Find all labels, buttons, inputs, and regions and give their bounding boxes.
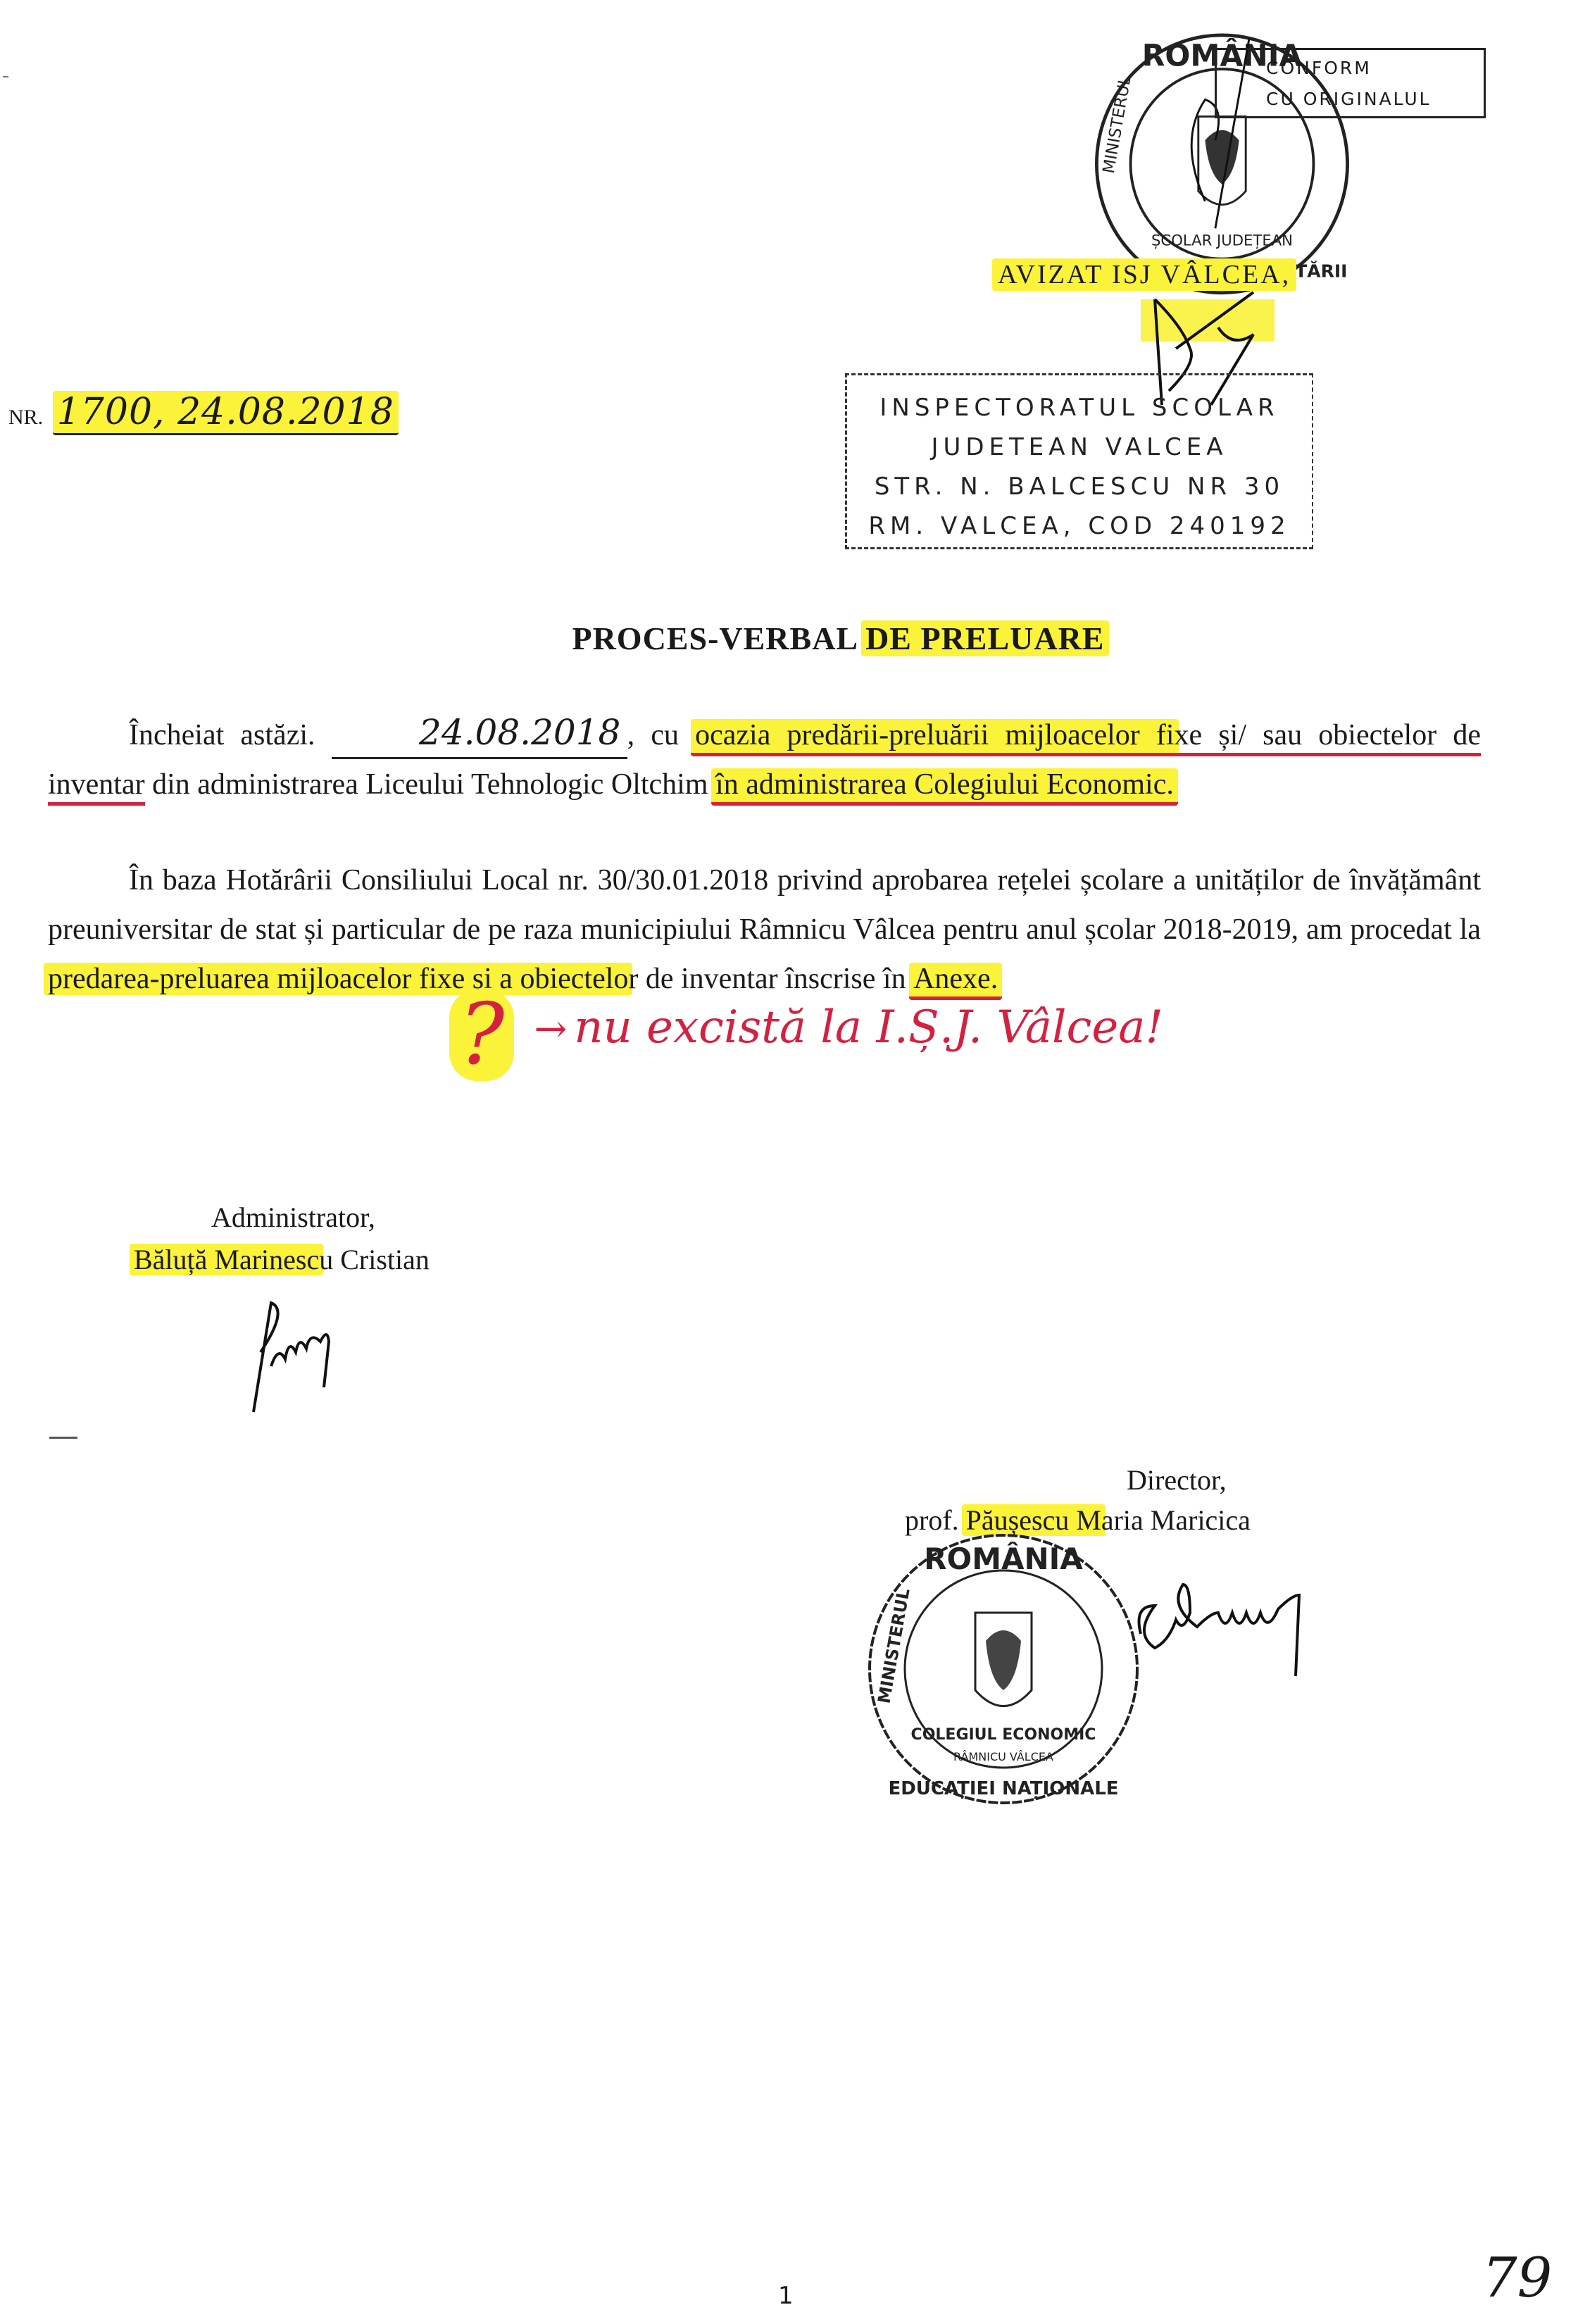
highlight-predarii-preluarii: ocazia predării-preluării mijloacelor fi xyxy=(691,719,1178,756)
arrow-right-icon: → xyxy=(534,1006,567,1052)
nr-label: NR. xyxy=(8,406,43,429)
highlight-colegiul-economic: în administrarea Colegiului Economic. xyxy=(711,768,1178,806)
colegiul-economic-seal: ROMÂNIA COLEGIUL ECONOMIC RÂMNICU VÂLCEA… xyxy=(863,1528,1144,1810)
svg-text:ȘCOLAR JUDEȚEAN: ȘCOLAR JUDEȚEAN xyxy=(1151,231,1293,249)
title-highlight: DE PRELUARE xyxy=(861,620,1108,656)
address-line: RM. VALCEA, COD 240192 xyxy=(847,506,1312,546)
svg-text:COLEGIUL ECONOMIC: COLEGIUL ECONOMIC xyxy=(911,1726,1096,1744)
svg-text:EDUCAȚIEI NAȚIONALE: EDUCAȚIEI NAȚIONALE xyxy=(888,1778,1118,1799)
director-role: Director, xyxy=(1127,1463,1227,1497)
administrator-name: Băluță Marinescu Cristian xyxy=(134,1243,430,1276)
director-signature xyxy=(1134,1570,1366,1683)
conform-line-1: CONFORM xyxy=(1266,53,1484,84)
annotation-text: nu excistă la I.Ș.J. Vâlcea! xyxy=(574,1001,1163,1054)
document-title: PROCES-VERBAL DE PRELUARE xyxy=(0,620,1578,657)
question-mark-icon: ? xyxy=(449,989,514,1081)
nr-value: 1700, 24.08.2018 xyxy=(53,391,399,435)
address-line: INSPECTORATUL SCOLAR xyxy=(847,388,1312,427)
svg-text:ROMÂNIA: ROMÂNIA xyxy=(924,1541,1083,1576)
handwritten-folio-number: 79 xyxy=(1482,2247,1552,2310)
page-number: 1 xyxy=(778,2282,794,2310)
scan-mark xyxy=(49,1437,77,1439)
registration-number: NR. 1700, 24.08.2018 xyxy=(8,391,394,433)
administrator-signature xyxy=(232,1296,373,1416)
handwritten-date: 24.08.2018 xyxy=(332,708,627,759)
administrator-role: Administrator, xyxy=(211,1201,375,1234)
paragraph-2: În baza Hotărârii Consiliului Local nr. … xyxy=(48,856,1481,1004)
conform-cu-originalul-stamp: CONFORM CU ORIGINALUL xyxy=(1215,48,1486,118)
red-handwritten-annotation: ?→nu excistă la I.Ș.J. Vâlcea! xyxy=(449,989,1163,1081)
scan-mark xyxy=(3,76,8,82)
conform-line-2: CU ORIGINALUL xyxy=(1266,84,1484,115)
paragraph-1: Încheiat astăzi. 24.08.2018, cu ocazia p… xyxy=(48,708,1481,809)
svg-text:RÂMNICU VÂLCEA: RÂMNICU VÂLCEA xyxy=(953,1750,1053,1763)
address-line: STR. N. BALCESCU NR 30 xyxy=(847,467,1312,506)
isj-address-stamp: INSPECTORATUL SCOLAR JUDETEAN VALCEA STR… xyxy=(845,373,1313,549)
address-line: JUDETEAN VALCEA xyxy=(847,427,1312,467)
